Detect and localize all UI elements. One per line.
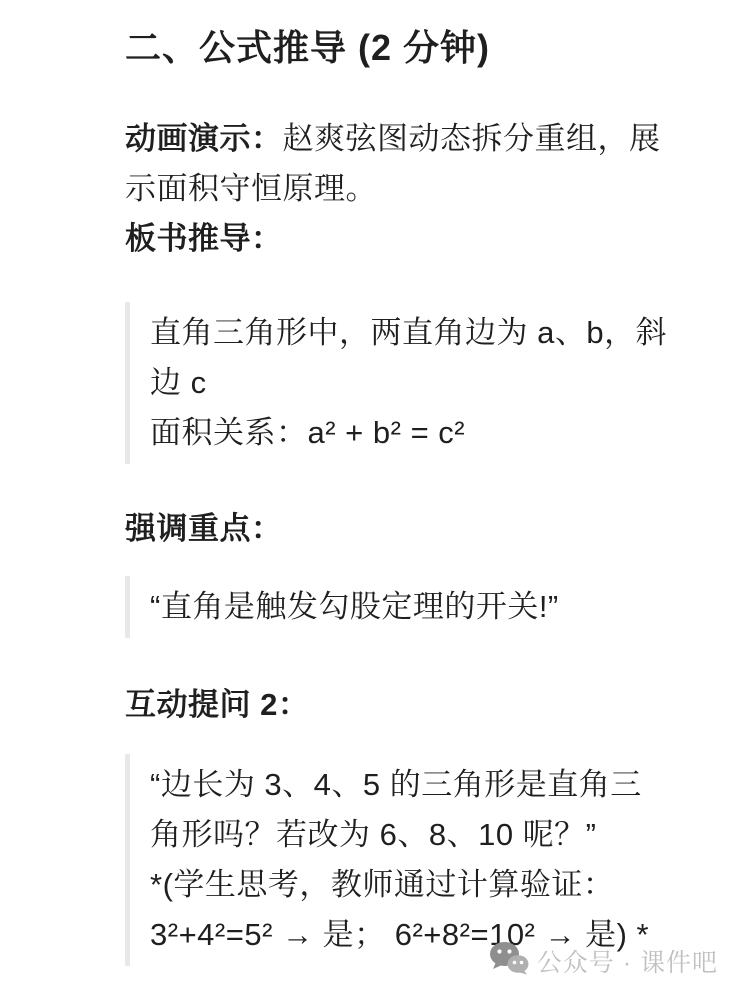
emphasis-quote: “直角是触发勾股定理的开关!” [125,576,673,638]
wechat-icon [489,941,529,980]
page-title: 二、公式推导 (2 分钟) [125,24,673,72]
interactive-question-heading: 互动提问 2： [125,680,673,730]
derivation-quote-line2: 面积关系：a² + b² = c² [150,408,673,458]
animation-paragraph: 动画演示：赵爽弦图动态拆分重组，展示面积守恒原理。 [125,114,673,214]
question-quote: “边长为 3、4、5 的三角形是直角三角形吗？若改为 6、8、10 呢？” *(… [125,754,673,966]
emphasis-quote-line: “直角是触发勾股定理的开关!” [150,582,673,632]
derivation-quote: 直角三角形中，两直角边为 a、b，斜边 c 面积关系：a² + b² = c² [125,302,673,464]
question-quote-line1: “边长为 3、4、5 的三角形是直角三角形吗？若改为 6、8、10 呢？” [150,760,673,860]
emphasis-heading: 强调重点： [125,504,673,554]
derivation-quote-line1: 直角三角形中，两直角边为 a、b，斜边 c [150,308,673,408]
animation-label: 动画演示： [125,121,283,156]
watermark-text: 公众号 · 课件吧 [537,943,718,979]
watermark: 公众号 · 课件吧 [489,941,718,980]
board-derivation-heading: 板书推导： [125,214,673,264]
document-body: 二、公式推导 (2 分钟) 动画演示：赵爽弦图动态拆分重组，展示面积守恒原理。 … [125,24,673,966]
